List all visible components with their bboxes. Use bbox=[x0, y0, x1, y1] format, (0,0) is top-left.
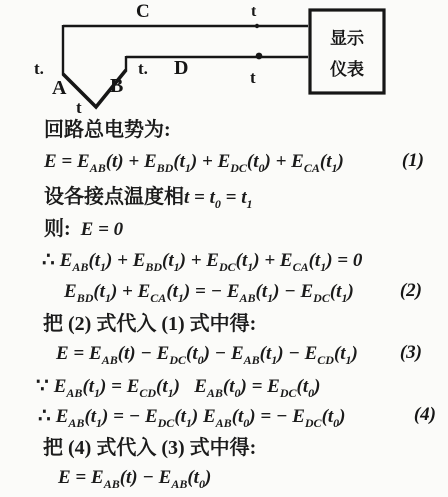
terminal-dot-bottom bbox=[256, 53, 263, 60]
text-line-substitute-2-1: 把 (2) 式代入 (1) 式中得: bbox=[43, 312, 256, 337]
equation-final: E = EAB(t) − EAB(t0) bbox=[58, 466, 211, 490]
text-line-then: 则: E = 0 bbox=[44, 217, 123, 242]
equation-4: ∴ EAB(t1) = − EDC(t1) EAB(t0) = − EDC(t0… bbox=[38, 404, 346, 429]
equation-1-number: (1) bbox=[402, 150, 424, 172]
junction-left-label: t. bbox=[34, 59, 44, 78]
junction-mid-label: t. bbox=[138, 59, 148, 78]
equation-4-number: (4) bbox=[414, 404, 436, 426]
instrument-label-line2: 仪表 bbox=[330, 59, 364, 79]
wire-bottom-label: D bbox=[174, 57, 188, 79]
text-line-substitute-4-3: 把 (4) 式代入 (3) 式中得: bbox=[43, 436, 256, 461]
text-line-intro: 回路总电势为: bbox=[44, 118, 171, 143]
equation-3: E = EAB(t) − EDC(t0) − EAB(t1) − ECD(t1) bbox=[56, 342, 358, 366]
instrument-label-line1: 显示 bbox=[330, 29, 365, 48]
equation-sum-zero: ∴ EAB(t1) + EBD(t1) + EDC(t1) + ECA(t1) … bbox=[42, 248, 362, 273]
terminal-top-label: t bbox=[251, 3, 257, 20]
thermocouple-circuit-diagram: C t D t t. t. A B t 显示 仪表 bbox=[0, 0, 448, 116]
electrode-b-label: B bbox=[110, 75, 123, 97]
equation-1: E = EAB(t) + EBD(t1) + EDC(t0) + ECA(t1) bbox=[44, 150, 344, 174]
terminal-dot-top bbox=[255, 24, 259, 28]
equation-2: EBD(t1) + ECA(t1) = − EAB(t1) − EDC(t1) bbox=[64, 280, 354, 304]
electrode-a-label: A bbox=[52, 77, 67, 99]
equation-3-number: (3) bbox=[400, 342, 422, 364]
text-line-assumption: 设各接点温度相t = t0 = t1 bbox=[44, 185, 253, 210]
wire-top-label: C bbox=[136, 1, 150, 22]
terminal-bottom-label: t bbox=[250, 68, 256, 87]
equation-because: ∵ EAB(t1) = ECD(t1) EAB(t0) = EDC(t0) bbox=[36, 374, 320, 399]
equation-2-number: (2) bbox=[400, 280, 422, 302]
tip-label: t bbox=[76, 98, 82, 116]
instrument-box bbox=[310, 10, 384, 93]
scanned-document-page: C t D t t. t. A B t 显示 仪表 回路总电势为: E = EA… bbox=[0, 0, 448, 497]
